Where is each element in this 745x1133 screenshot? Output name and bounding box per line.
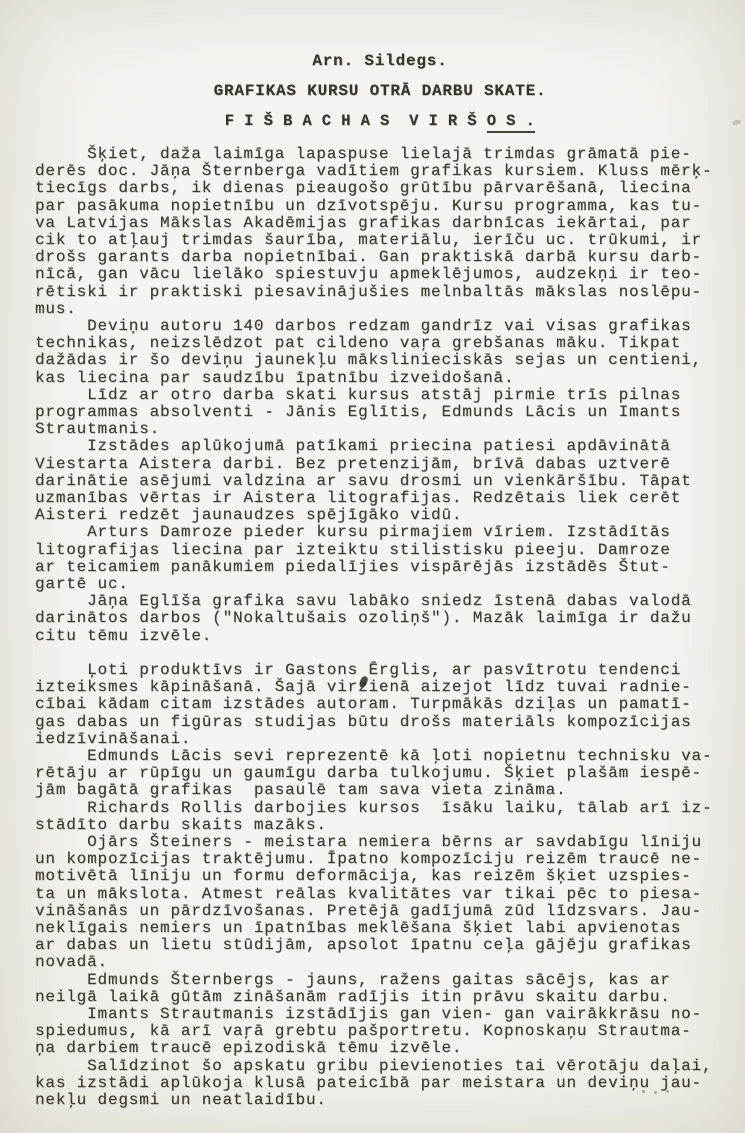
paragraph: Izstādes aplūkojumā patīkami priecina pa… xyxy=(35,438,725,524)
paragraph: Imants Strautmanis izstādījis gan vien- … xyxy=(35,1006,725,1058)
page-subtitle: F I Š B A C H A S V I R Š O S . xyxy=(35,106,725,136)
paragraph: Edmunds Lācis sevi reprezentē kā ļoti no… xyxy=(35,748,725,800)
paragraph: Richards Rollis darbojies kursos īsāku l… xyxy=(35,800,725,834)
author-line: Arn. Sildegs. xyxy=(35,46,725,76)
scanned-document-page: Arn. Sildegs. GRAFIKAS KURSU OTRĀ DARBU … xyxy=(0,0,745,1133)
ink-speck xyxy=(642,1090,645,1093)
paragraph: Ļoti produktīvs ir Gastons Ērglis, ar pa… xyxy=(35,662,725,748)
paragraph: Salīdzinot šo apskatu gribu pievienoties… xyxy=(35,1058,725,1110)
paragraph: Līdz ar otro darba skati kursus atstāj p… xyxy=(35,387,725,439)
subtitle-main: F I Š B A C H A S V I R Š xyxy=(225,112,487,130)
page-title: GRAFIKAS KURSU OTRĀ DARBU SKATE. xyxy=(35,76,725,106)
paragraph: Arturs Damroze pieder kursu pirmajiem vī… xyxy=(35,524,725,593)
document-body: Šķiet, daža laimīga lapaspuse lielajā tr… xyxy=(35,146,725,1109)
paragraph: Ojārs Šteiners - meistara nemiera bērns … xyxy=(35,834,725,972)
ink-speck xyxy=(732,119,742,126)
paragraph: Edmunds Šternbergs - jauns, ražens gaita… xyxy=(35,972,725,1006)
subtitle-underlined: O S . xyxy=(487,112,536,133)
document-content: Arn. Sildegs. GRAFIKAS KURSU OTRĀ DARBU … xyxy=(35,46,725,1109)
paragraph: Deviņu autoru 140 darbos redzam gandrīz … xyxy=(35,318,725,387)
paragraph: Jāņa Eglīša grafika savu labāko sniedz ī… xyxy=(35,593,725,645)
paragraph: Šķiet, daža laimīga lapaspuse lielajā tr… xyxy=(35,146,725,318)
